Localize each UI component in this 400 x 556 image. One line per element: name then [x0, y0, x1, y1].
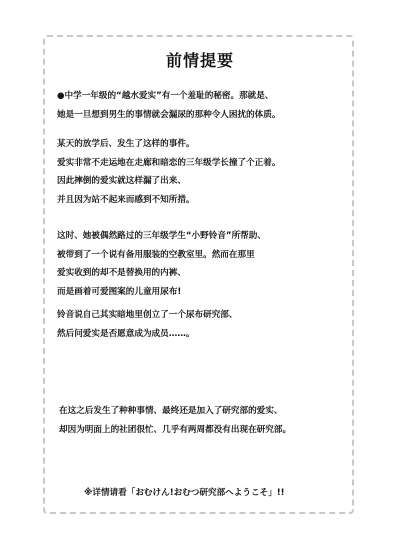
- text-line: 并且因为站不起来而感到不知所措。: [57, 191, 280, 210]
- text-line: ●中学一年级的“越水爱实”有一个羞耻的秘密。那就是、: [57, 87, 280, 106]
- text-line: 而是画着可爱图案的儿童用尿布!: [57, 283, 266, 302]
- text-line: 被带到了一个说有备用服装的空教室里。然而在那里: [57, 246, 266, 265]
- text-line: 这时、她被偶然路过的三年级学生“小野铃音”所帮助、: [57, 227, 266, 246]
- page-title: 前情提要: [0, 48, 400, 71]
- text-line: 因此摔倒的爱实就这样漏了出来、: [57, 172, 280, 191]
- text-line: 然后问爱实是否愿意成为成员……。: [57, 325, 237, 344]
- text-line: 却因为明面上的社团很忙、几乎有两周都没有出现在研究部。: [59, 421, 291, 440]
- text-line: 在这之后发生了种种事情、最终还是加入了研究部的爱实、: [59, 402, 291, 421]
- text-line: 爱实非常不走运地在走廊和暗恋的三年级学长撞了个正着。: [57, 154, 280, 173]
- footnote-reference: ※详情请看「おむけん!おむつ研究部へようこそ」!!: [84, 486, 285, 498]
- paragraph-rescue: 这时、她被偶然路过的三年级学生“小野铃音”所帮助、 被带到了一个说有备用服装的空…: [57, 227, 266, 301]
- paragraph-aftermath: 在这之后发生了种种事情、最终还是加入了研究部的爱实、 却因为明面上的社团很忙、几…: [59, 402, 291, 439]
- paragraph-intro: ●中学一年级的“越水爱实”有一个羞耻的秘密。那就是、 她是一旦想到男生的事情就会…: [57, 87, 280, 124]
- text-line: 她是一旦想到男生的事情就会漏尿的那种令人困扰的体质。: [57, 106, 280, 125]
- text-line: 铃音说自己其实暗地里创立了一个尿布研究部、: [57, 306, 237, 325]
- text-line: 爱实收到的却不是替换用的内裤、: [57, 264, 266, 283]
- paragraph-incident: 某天的放学后、发生了这样的事件。 爱实非常不走运地在走廊和暗恋的三年级学长撞了个…: [57, 135, 280, 209]
- paragraph-invitation: 铃音说自己其实暗地里创立了一个尿布研究部、 然后问爱实是否愿意成为成员……。: [57, 306, 237, 343]
- text-line: 某天的放学后、发生了这样的事件。: [57, 135, 280, 154]
